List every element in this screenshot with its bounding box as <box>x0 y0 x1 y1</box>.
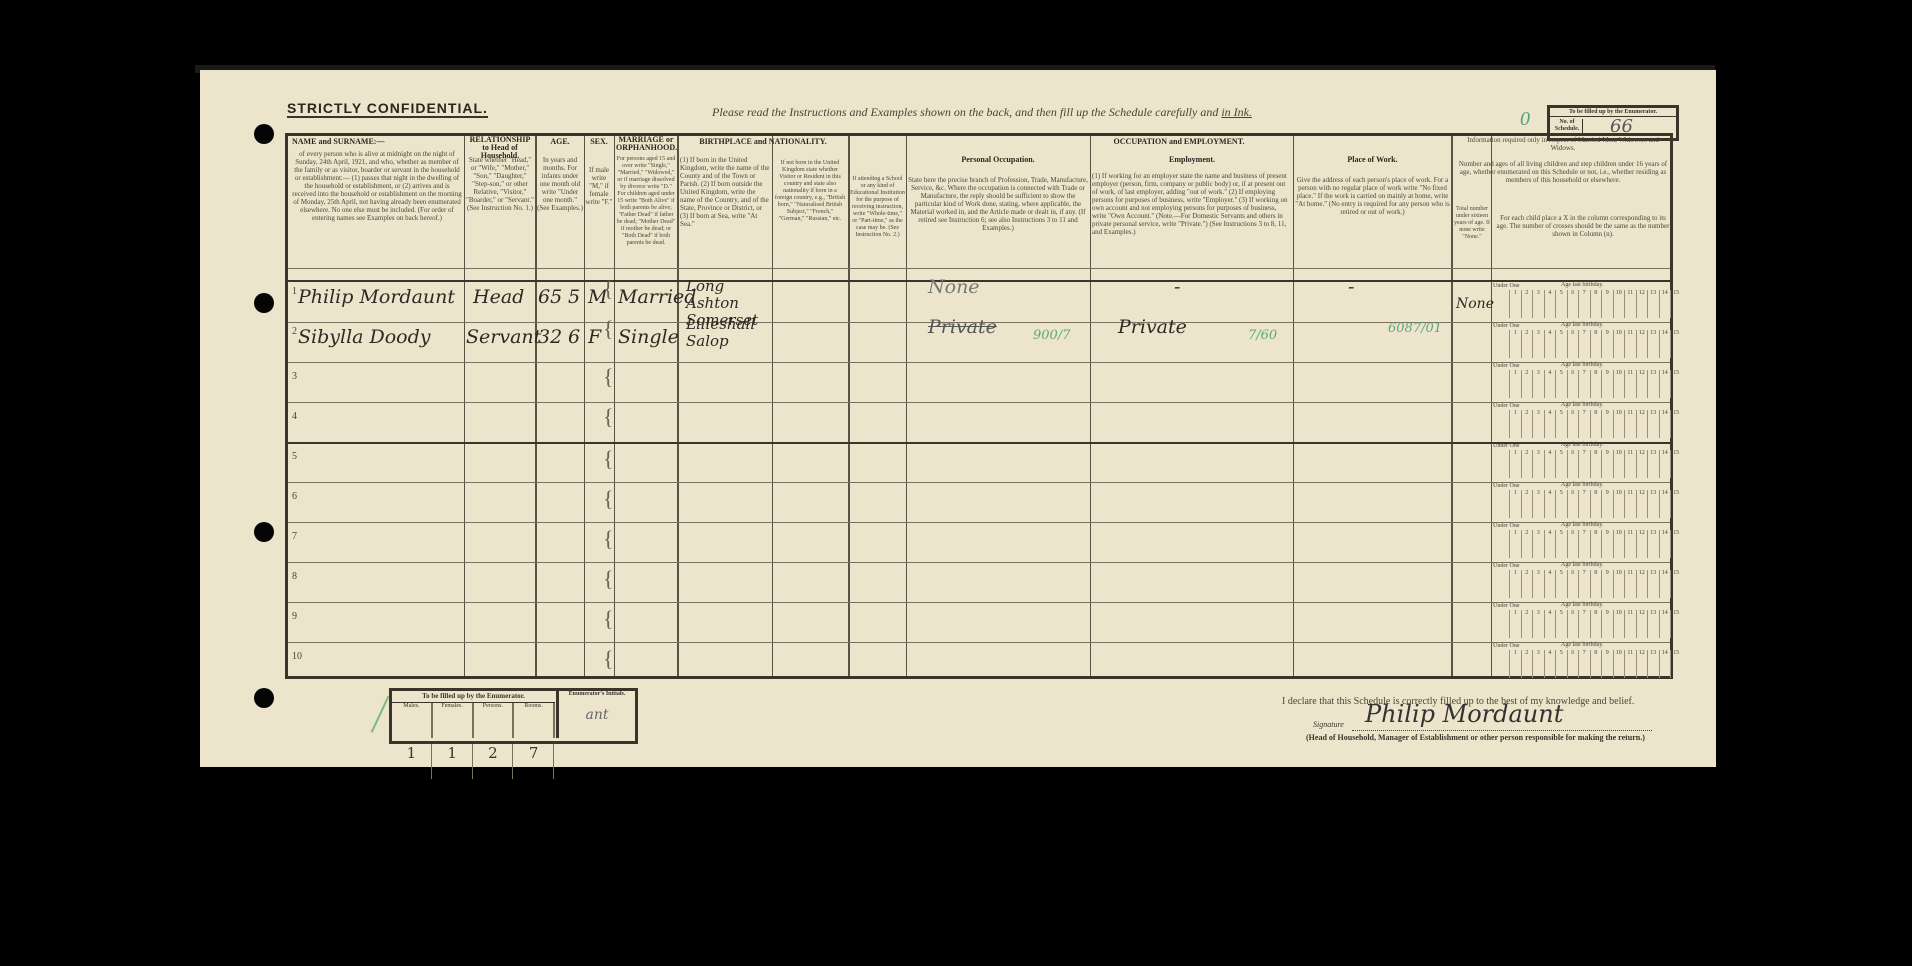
marital-status: Single <box>618 326 679 348</box>
signature-label: Signature <box>1313 720 1344 729</box>
col-f-title: BIRTHPLACE and NATIONALITY. <box>680 138 846 146</box>
signature: Philip Mordaunt <box>1365 700 1563 728</box>
employment: - <box>1174 276 1180 298</box>
age-years: 65 <box>538 286 562 308</box>
margin-mark: 0 <box>1520 108 1530 131</box>
col-k-title: Personal Occupation. <box>908 156 1088 164</box>
in-ink-text: in Ink. <box>1221 105 1252 119</box>
age-months: 6 <box>568 326 580 348</box>
col-c-title: AGE. <box>537 138 583 146</box>
col-m-text: Give the address of each person's place … <box>1295 176 1450 216</box>
col-c-text: In years and months. For infants under o… <box>537 156 583 212</box>
confidential-title: STRICTLY CONFIDENTIAL. <box>287 100 488 118</box>
signature-note: (Head of Household, Manager of Establish… <box>1306 733 1645 742</box>
row-number: 10 <box>292 651 302 662</box>
birthplace: Lilleshall Salop <box>686 316 774 350</box>
males-count: Males.1 <box>392 703 433 738</box>
col-a-text: of every person who is alive at midnight… <box>292 150 462 222</box>
col-o-title: Number and ages of all living children a… <box>1454 160 1672 184</box>
col-k-text: State here the precise branch of Profess… <box>908 176 1088 232</box>
row-number: 6 <box>292 491 297 502</box>
row-number: 1 <box>292 286 297 297</box>
punch-hole <box>254 124 274 144</box>
row-number: 9 <box>292 611 297 622</box>
row-number: 5 <box>292 451 297 462</box>
col-e-title: MARRIAGE or ORPHANHOOD. <box>616 136 676 152</box>
relationship: Head <box>473 286 524 308</box>
col-n-text: Total number under sixteen years of age.… <box>1454 206 1490 241</box>
household-table: NAME and SURNAME:— of every person who i… <box>285 133 1673 679</box>
children-total: None <box>1456 296 1494 312</box>
fill-instructions: Please read the Instructions and Example… <box>712 105 1252 120</box>
workplace-code: 6087/01 <box>1388 321 1442 336</box>
col-f-text: (1) If born in the United Kingdom, write… <box>680 156 770 228</box>
row-number: 7 <box>292 531 297 542</box>
row-number: 2 <box>292 326 297 337</box>
persons-count: Persons.2 <box>474 703 515 738</box>
occupation-code: 900/7 <box>1033 328 1070 343</box>
col-l-text: (1) If working for an employer state the… <box>1092 172 1292 236</box>
relationship: Servant <box>466 326 541 348</box>
instruction-text: Please read the Instructions and Example… <box>712 105 1218 119</box>
col-g-text: If not born in the United Kingdom state … <box>774 160 846 223</box>
col-a-title: NAME and SURNAME:— <box>292 138 462 146</box>
occupation-group-title: OCCUPATION and EMPLOYMENT. <box>908 138 1450 146</box>
punch-hole <box>254 293 274 313</box>
person-name: Sibylla Doody <box>298 326 431 348</box>
col-d-text: If male write "M," if female write "F." <box>585 166 613 206</box>
col-n-group-title: Information required only in respect of … <box>1454 136 1672 152</box>
age-months: 5 <box>568 286 580 308</box>
place-of-work: - <box>1348 276 1354 298</box>
punch-hole <box>254 522 274 542</box>
col-o-text: For each child place a X in the column c… <box>1494 214 1672 238</box>
marital-status: Married <box>618 286 696 308</box>
punch-hole <box>254 688 274 708</box>
employment-code: 7/60 <box>1248 328 1277 343</box>
col-d-title: SEX. <box>585 138 613 146</box>
enumerator-title: To be filled up by the Enumerator. <box>392 691 555 703</box>
col-l-title: Employment. <box>1092 156 1292 164</box>
row-number: 3 <box>292 371 297 382</box>
row-number: 8 <box>292 571 297 582</box>
employment: Private <box>1118 316 1187 338</box>
col-m-title: Place of Work. <box>1295 156 1450 164</box>
person-name: Philip Mordaunt <box>298 286 455 308</box>
enumerator-box: To be filled up by the Enumerator. Males… <box>389 688 638 744</box>
sex: F <box>588 326 601 348</box>
rooms-count: Rooms.7 <box>514 703 555 738</box>
col-e-text: For persons aged 15 and over write "Sing… <box>616 156 676 247</box>
enumerator-initials: Enumerator's Initials.ant <box>556 691 635 738</box>
row-number: 4 <box>292 411 297 422</box>
signature-line <box>1352 730 1652 731</box>
age-years: 32 <box>538 326 562 348</box>
col-b-text: State whether "Head," or "Wife," "Mother… <box>466 156 534 212</box>
females-count: Females.1 <box>433 703 474 738</box>
occupation: Private <box>928 316 997 338</box>
col-h-text: If attending a School or any kind of Edu… <box>850 176 905 239</box>
occupation: None <box>928 276 980 298</box>
